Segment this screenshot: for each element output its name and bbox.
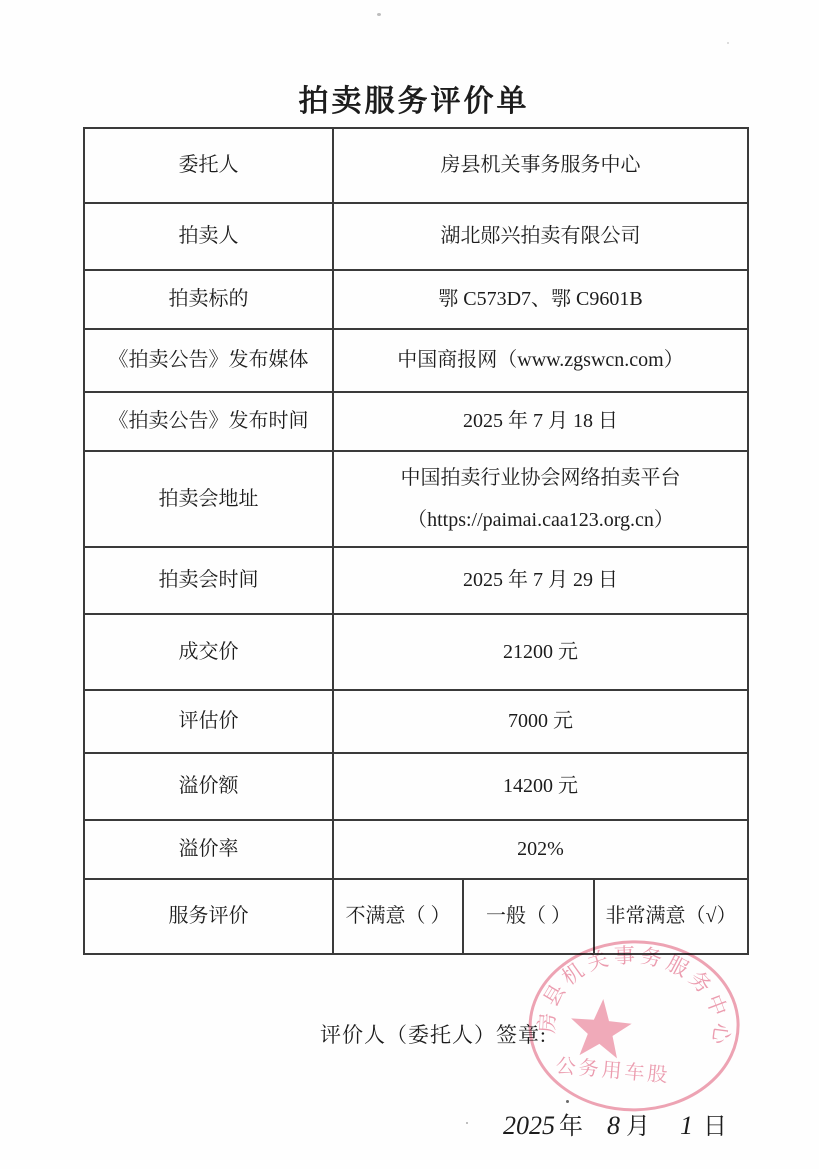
official-seal: 房县机关事务服务中心 公务用车股 (509, 928, 764, 1126)
cell-value-line1: 中国拍卖行业协会网络拍卖平台 (401, 465, 681, 492)
cell-value: 202% (334, 821, 747, 878)
table-row: 溢价率 202% (85, 819, 747, 878)
date-month-unit: 月 (626, 1106, 650, 1141)
table-row: 成交价 21200 元 (85, 613, 747, 689)
cell-label: 服务评价 (85, 880, 334, 953)
seal-star-icon (568, 996, 634, 1059)
cell-value: 中国商报网（www.zgswcn.com） (334, 330, 747, 391)
date-day-unit: 日 (703, 1106, 727, 1141)
table-row: 拍卖人 湖北郧兴拍卖有限公司 (85, 202, 747, 269)
cell-label: 《拍卖公告》发布媒体 (85, 330, 334, 391)
scan-speck (377, 13, 381, 16)
cell-value: 鄂 C573D7、鄂 C9601B (334, 271, 747, 328)
date-day: 1 (680, 1111, 693, 1141)
evaluation-table: 委托人 房县机关事务服务中心 拍卖人 湖北郧兴拍卖有限公司 拍卖标的 鄂 C57… (83, 127, 749, 955)
cell-value: 房县机关事务服务中心 (334, 129, 747, 202)
cell-value: 中国拍卖行业协会网络拍卖平台 （https://paimai.caa123.or… (334, 452, 747, 546)
scan-speck (466, 1122, 468, 1124)
date-year-unit: 年 (559, 1106, 583, 1141)
table-row: 《拍卖公告》发布时间 2025 年 7 月 18 日 (85, 391, 747, 450)
cell-label: 成交价 (85, 615, 334, 689)
cell-value: 湖北郧兴拍卖有限公司 (334, 204, 747, 269)
date-line: 2025 年 8 月 1 日 (503, 1106, 727, 1141)
signature-label: 评价人（委托人）签章: (320, 1019, 547, 1049)
cell-value-line2: （https://paimai.caa123.org.cn） (407, 507, 674, 534)
rating-option-unsatisfied: 不满意（ ） (334, 880, 464, 953)
svg-text:房县机关事务服务中心: 房县机关事务服务中心 (534, 935, 741, 1050)
cell-label: 拍卖会时间 (85, 548, 334, 613)
cell-label: 溢价额 (85, 754, 334, 819)
cell-value: 14200 元 (334, 754, 747, 819)
cell-value: 2025 年 7 月 29 日 (334, 548, 747, 613)
date-year: 2025 (503, 1111, 555, 1141)
scan-speck (727, 42, 729, 44)
cell-label: 委托人 (85, 129, 334, 202)
table-row: 拍卖会时间 2025 年 7 月 29 日 (85, 546, 747, 613)
table-row: 拍卖标的 鄂 C573D7、鄂 C9601B (85, 269, 747, 328)
cell-label: 拍卖人 (85, 204, 334, 269)
table-row: 委托人 房县机关事务服务中心 (85, 129, 747, 202)
cell-label: 评估价 (85, 691, 334, 752)
cell-label: 《拍卖公告》发布时间 (85, 393, 334, 450)
cell-label: 拍卖会地址 (85, 452, 334, 546)
cell-label: 溢价率 (85, 821, 334, 878)
table-row: 评估价 7000 元 (85, 689, 747, 752)
table-row: 拍卖会地址 中国拍卖行业协会网络拍卖平台 （https://paimai.caa… (85, 450, 747, 546)
table-row: 溢价额 14200 元 (85, 752, 747, 819)
document-page: 拍卖服务评价单 委托人 房县机关事务服务中心 拍卖人 湖北郧兴拍卖有限公司 拍卖… (0, 0, 819, 1169)
cell-label: 拍卖标的 (85, 271, 334, 328)
page-title: 拍卖服务评价单 (83, 76, 745, 120)
seal-arc-text: 房县机关事务服务中心 (534, 935, 741, 1050)
cell-value: 7000 元 (334, 691, 747, 752)
table-row: 《拍卖公告》发布媒体 中国商报网（www.zgswcn.com） (85, 328, 747, 391)
cell-value: 2025 年 7 月 18 日 (334, 393, 747, 450)
seal-bottom-text: 公务用车股 (555, 1054, 672, 1087)
cell-value: 21200 元 (334, 615, 747, 689)
date-month: 8 (607, 1111, 620, 1141)
